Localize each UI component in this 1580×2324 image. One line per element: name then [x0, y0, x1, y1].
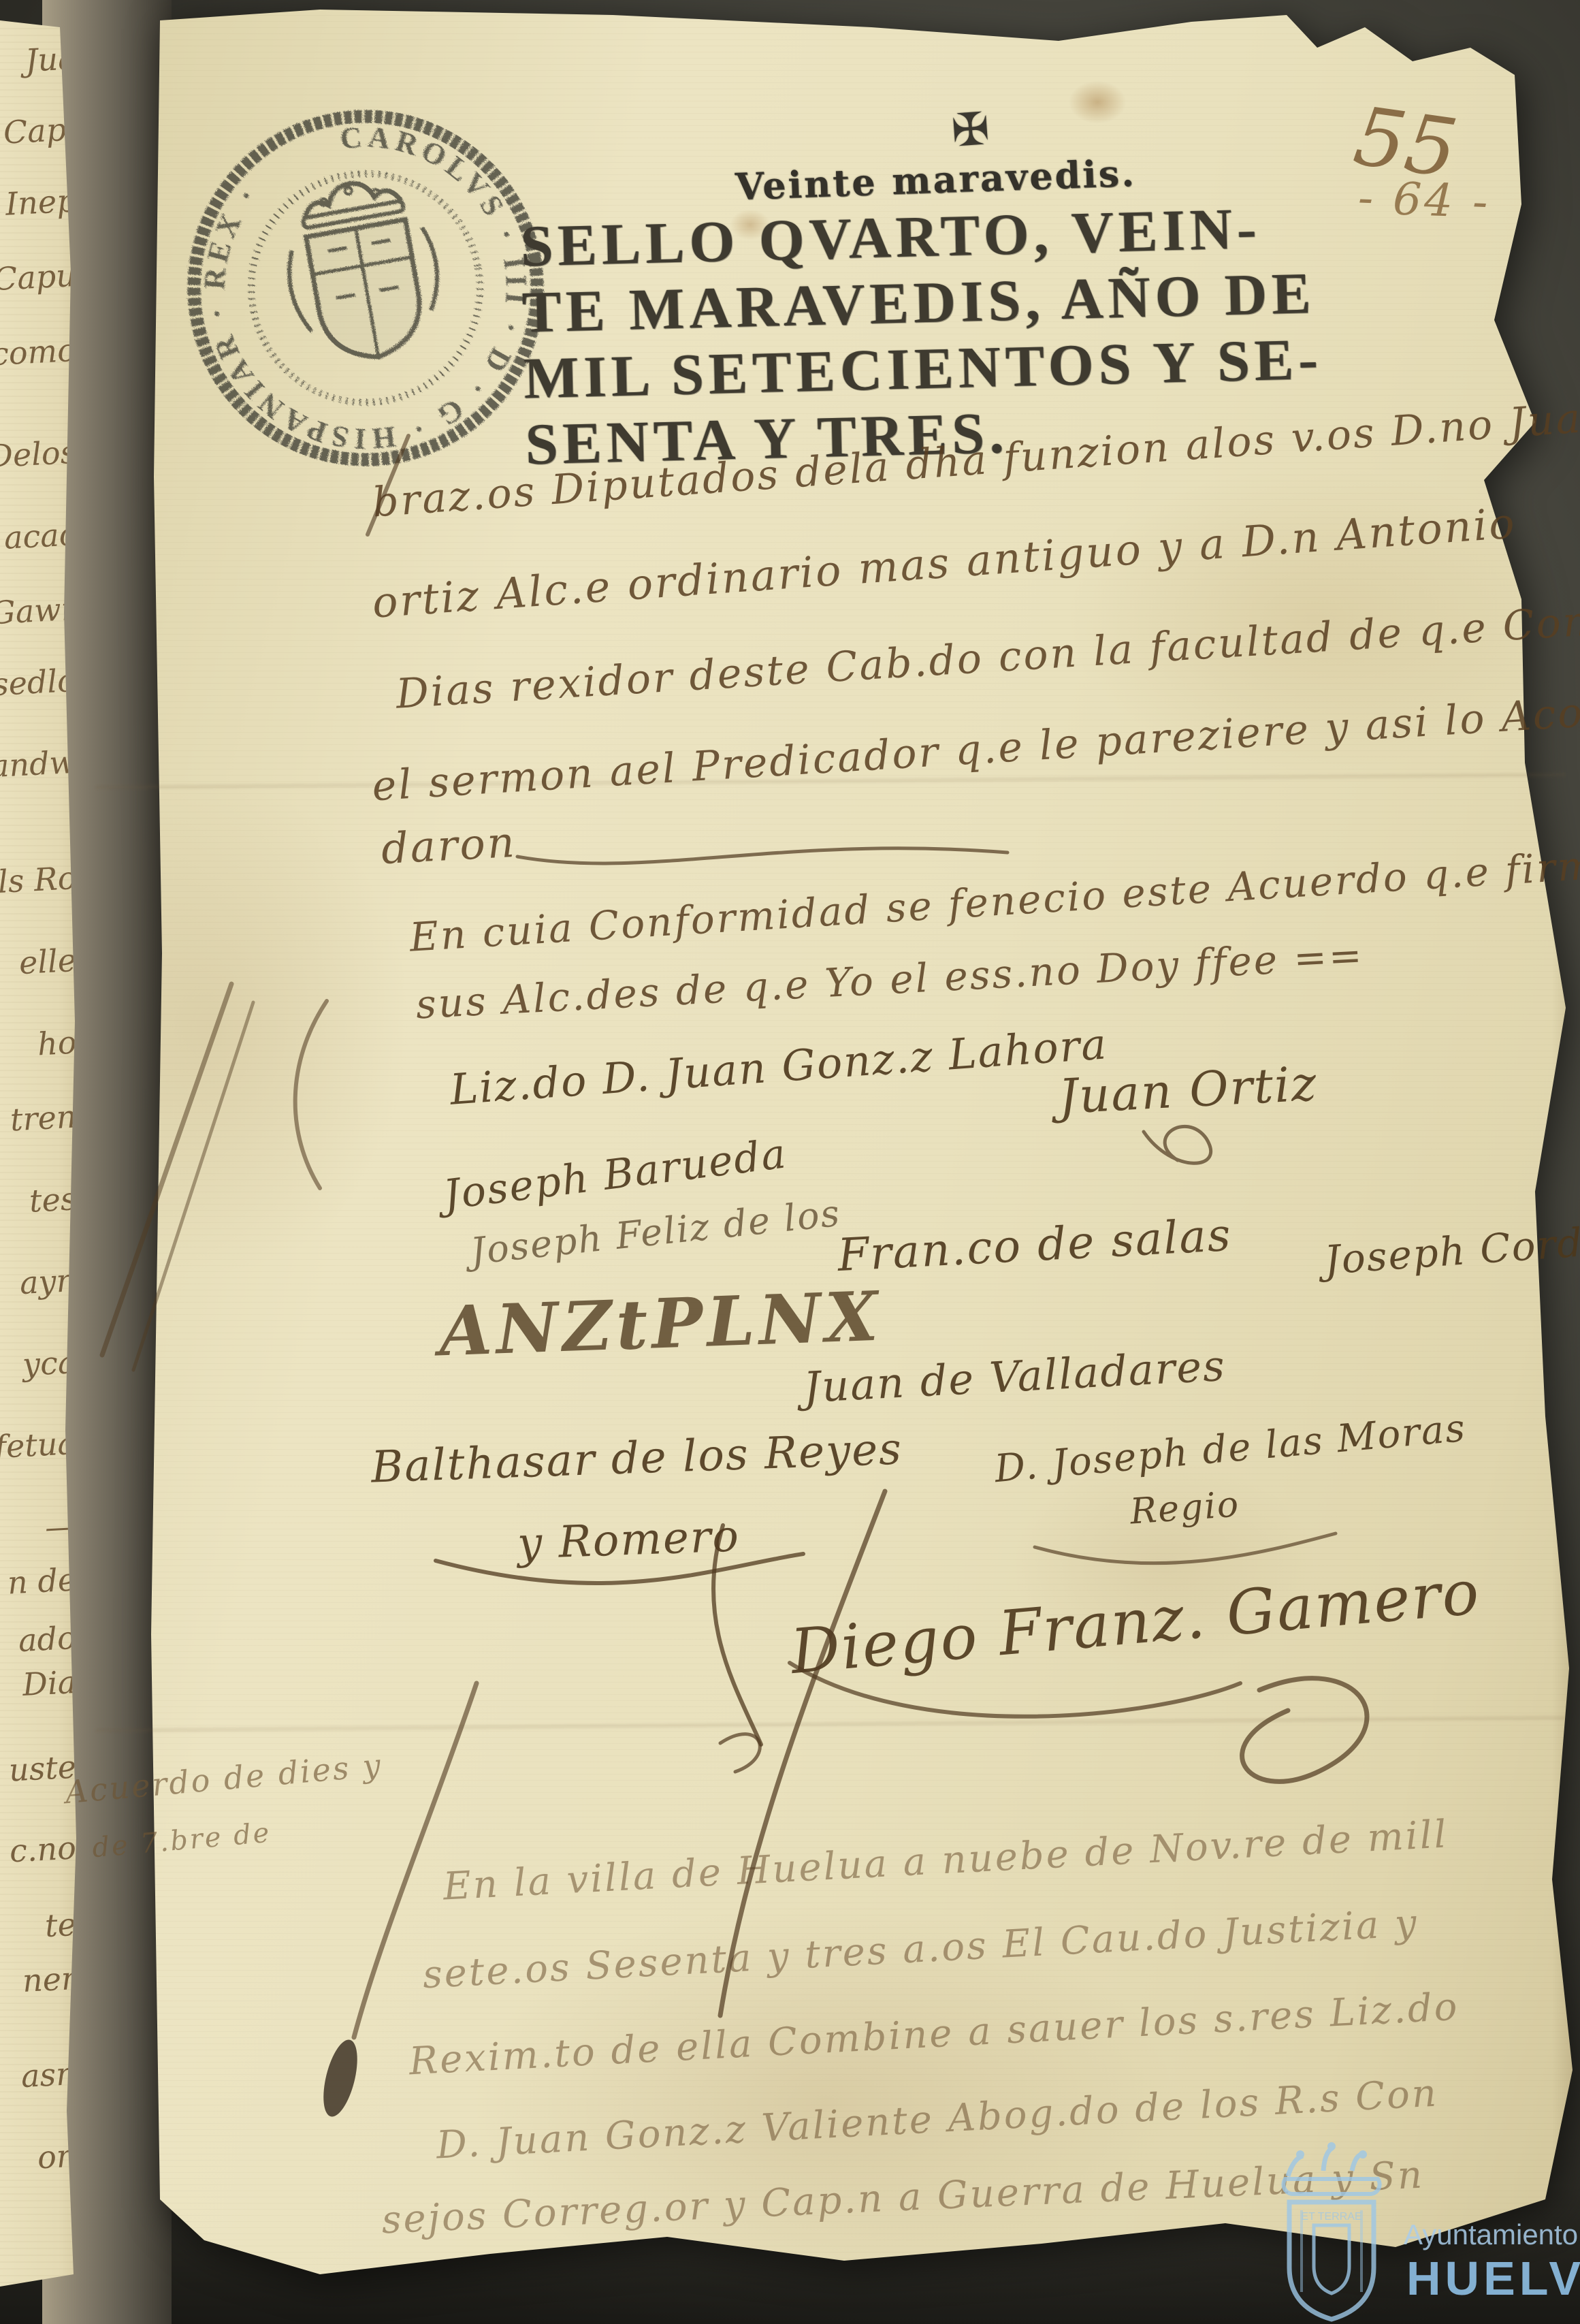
handwritten-line: daron — [380, 817, 517, 874]
archive-watermark: ET TERRAE Ayuntamiento de HUELVA — [1261, 2137, 1580, 2324]
huelva-shield-icon: ET TERRAE — [1283, 2142, 1379, 2319]
signature: Regio — [1129, 1484, 1241, 1532]
svg-text:ET TERRAE: ET TERRAE — [1301, 2211, 1361, 2223]
watermark-text-line1: Ayuntamiento de — [1404, 2218, 1580, 2250]
watermark-text-line2: HUELVA — [1406, 2252, 1580, 2305]
cross-mark: ✠ — [950, 102, 991, 157]
signature: y Romero — [517, 1511, 741, 1569]
scanned-document: JuaCapiInepCapucomoDelosacacGawrsedloand… — [0, 0, 1580, 2324]
signature: ANZtPLNX — [438, 1276, 883, 1372]
